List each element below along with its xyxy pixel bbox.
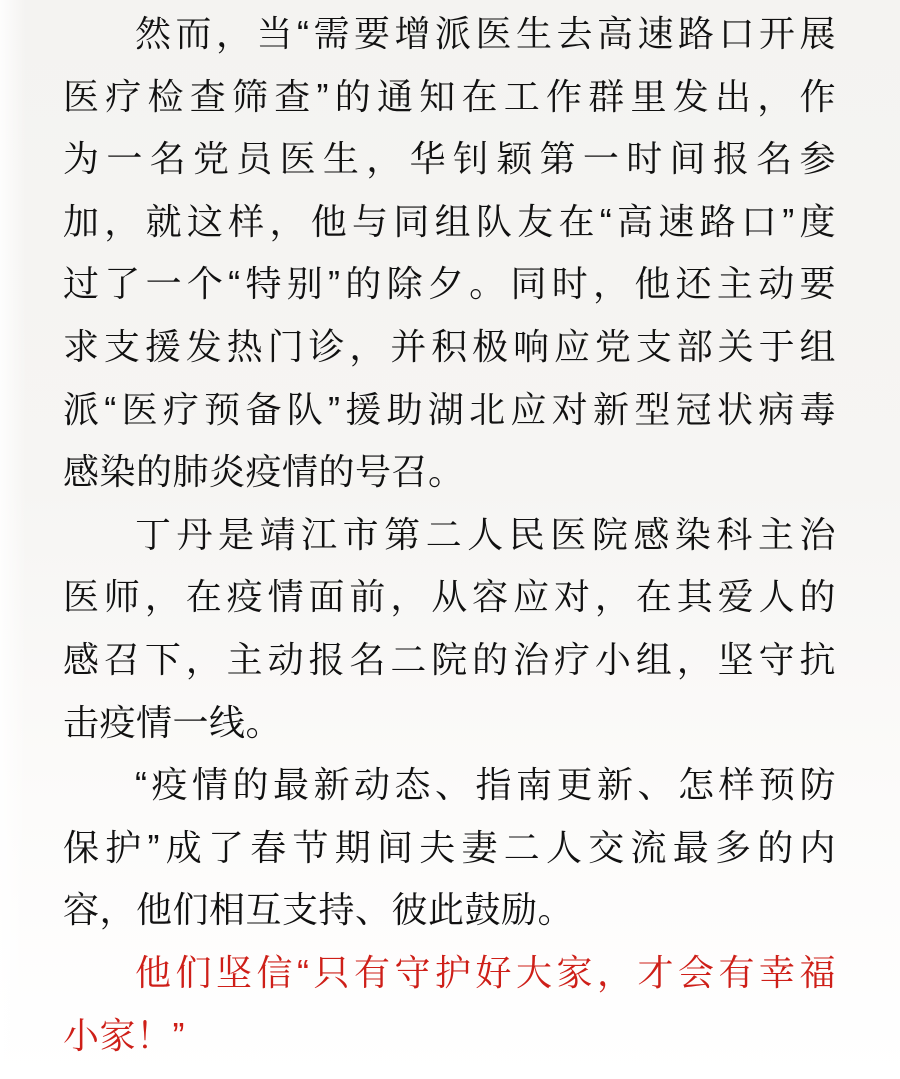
paragraph: “疫情的最新动态、指南更新、怎样预防 保护”成了春节期间夫妻二人交流最多的内 容… [63, 754, 836, 942]
text-line: 加，就这样，他与同组队友在“高速路口”度 [63, 191, 836, 254]
text-line: “疫情的最新动态、指南更新、怎样预防 [63, 754, 836, 817]
text-line: 然而，当“需要增派医生去高速路口开展 [63, 3, 836, 66]
text-line: 医师，在疫情面前，从容应对，在其爱人的 [63, 566, 836, 629]
text-line: 击疫情一线。 [63, 692, 836, 755]
text-line: 保护”成了春节期间夫妻二人交流最多的内 [63, 817, 836, 880]
text-line: 他们坚信“只有守护好大家，才会有幸福 [63, 942, 836, 1005]
text-line: 容，他们相互支持、彼此鼓励。 [63, 879, 836, 942]
text-line: 求支援发热门诊，并积极响应党支部关于组 [63, 316, 836, 379]
text-line: 感召下，主动报名二院的治疗小组，坚守抗 [63, 629, 836, 692]
text-line: 派“医疗预备队”援助湖北应对新型冠状病毒 [63, 379, 836, 442]
paragraph: 丁丹是靖江市第二人民医院感染科主治 医师，在疫情面前，从容应对，在其爱人的 感召… [63, 504, 836, 754]
paragraph-emphasis: 他们坚信“只有守护好大家，才会有幸福 小家！” [63, 942, 836, 1067]
text-line: 小家！” [63, 1005, 836, 1068]
text-line: 感染的肺炎疫情的号召。 [63, 441, 836, 504]
text-line: 医疗检查筛查”的通知在工作群里发出，作 [63, 66, 836, 129]
text-line: 丁丹是靖江市第二人民医院感染科主治 [63, 504, 836, 567]
article-body: 然而，当“需要增派医生去高速路口开展 医疗检查筛查”的通知在工作群里发出，作 为… [0, 0, 900, 1079]
text-line: 过了一个“特别”的除夕。同时，他还主动要 [63, 253, 836, 316]
text-line: 为一名党员医生，华钊颖第一时间报名参 [63, 128, 836, 191]
paragraph: 然而，当“需要增派医生去高速路口开展 医疗检查筛查”的通知在工作群里发出，作 为… [63, 3, 836, 504]
